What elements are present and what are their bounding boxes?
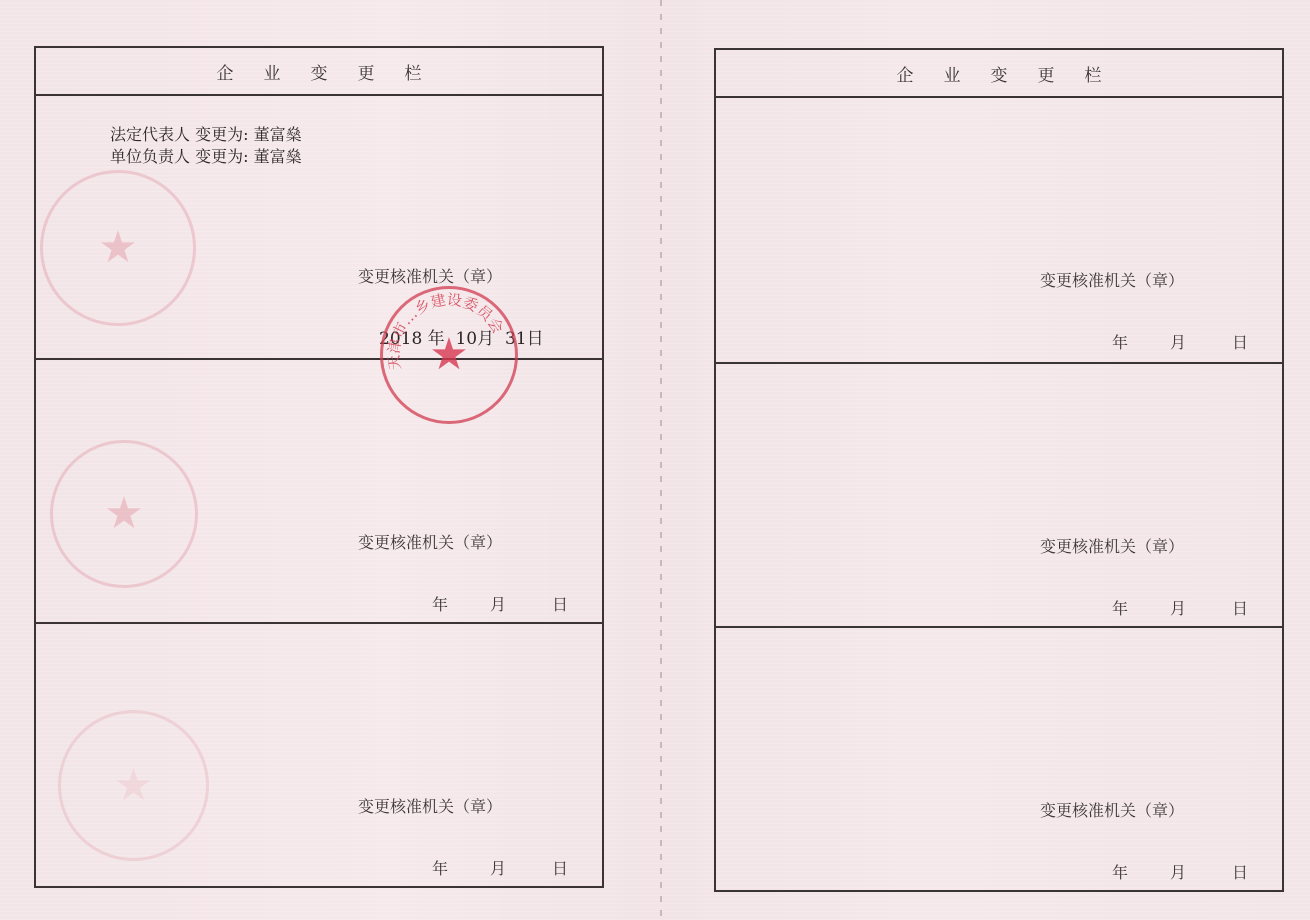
date-month-unit: 月 bbox=[490, 592, 552, 615]
date-year-unit: 年 bbox=[1112, 330, 1170, 353]
approval-date: 年 月 日 bbox=[432, 856, 582, 879]
date-day-unit: 日 bbox=[1232, 860, 1262, 883]
change-entry: 变更核准机关（章） 年 月 日 bbox=[36, 626, 602, 888]
date-month-unit: 月 bbox=[477, 329, 494, 349]
change-value: 董富燊 bbox=[254, 125, 302, 144]
date-year-unit: 年 bbox=[432, 592, 490, 615]
approval-authority-label: 变更核准机关（章） bbox=[1040, 534, 1184, 557]
change-label: 变更为: bbox=[195, 147, 248, 166]
date-day-unit: 日 bbox=[1232, 330, 1262, 353]
date-year-unit: 年 bbox=[432, 856, 490, 879]
approval-date: 年 月 日 bbox=[432, 592, 582, 615]
approval-authority-label: 变更核准机关（章） bbox=[1040, 798, 1184, 821]
date-day: 31 bbox=[505, 329, 527, 349]
change-entry: 变更核准机关（章） 年 月 日 bbox=[36, 362, 602, 624]
approval-date: 年 月 日 bbox=[1112, 860, 1262, 883]
change-entry: 变更核准机关（章） 年 月 日 bbox=[716, 366, 1282, 628]
approval-authority-label: 变更核准机关（章） bbox=[358, 794, 502, 817]
change-label: 变更为: bbox=[195, 125, 248, 144]
approval-date: 2018 年 10月 31日 bbox=[379, 324, 544, 349]
date-month: 10 bbox=[455, 329, 477, 349]
date-day-unit: 日 bbox=[1232, 596, 1262, 619]
left-page-change-table: 企业变更栏 法定代表人 变更为: 董富燊 单位负责人 变更为: 董富燊 变更核准… bbox=[34, 46, 604, 888]
change-details: 法定代表人 变更为: 董富燊 单位负责人 变更为: 董富燊 bbox=[110, 124, 302, 168]
approval-date: 年 月 日 bbox=[1112, 596, 1262, 619]
approval-date: 年 月 日 bbox=[1112, 330, 1262, 353]
change-entry: 法定代表人 变更为: 董富燊 单位负责人 变更为: 董富燊 变更核准机关（章） … bbox=[36, 96, 602, 360]
date-day-unit: 日 bbox=[527, 329, 544, 349]
change-field: 法定代表人 bbox=[110, 125, 190, 144]
date-year-unit: 年 bbox=[1112, 860, 1170, 883]
date-day-unit: 日 bbox=[552, 592, 582, 615]
right-page-change-table: 企业变更栏 变更核准机关（章） 年 月 日 变更核准机关（章） 年 月 日 变更… bbox=[714, 48, 1284, 892]
change-line-legal-rep: 法定代表人 变更为: 董富燊 bbox=[110, 124, 302, 146]
change-entry: 变更核准机关（章） 年 月 日 bbox=[716, 100, 1282, 364]
change-entry: 变更核准机关（章） 年 月 日 bbox=[716, 630, 1282, 892]
approval-authority-label: 变更核准机关（章） bbox=[358, 530, 502, 553]
page-fold-line bbox=[660, 0, 662, 920]
change-line-unit-head: 单位负责人 变更为: 董富燊 bbox=[110, 146, 302, 168]
table-header: 企业变更栏 bbox=[716, 50, 1282, 98]
table-header: 企业变更栏 bbox=[36, 48, 602, 96]
change-value: 董富燊 bbox=[254, 147, 302, 166]
approval-authority-label: 变更核准机关（章） bbox=[358, 264, 502, 287]
date-year-unit: 年 bbox=[1112, 596, 1170, 619]
date-month-unit: 月 bbox=[1170, 860, 1232, 883]
date-month-unit: 月 bbox=[490, 856, 552, 879]
date-year: 2018 bbox=[379, 329, 422, 349]
date-month-unit: 月 bbox=[1170, 596, 1232, 619]
date-month-unit: 月 bbox=[1170, 330, 1232, 353]
date-day-unit: 日 bbox=[552, 856, 582, 879]
date-year-unit: 年 bbox=[428, 329, 445, 349]
approval-authority-label: 变更核准机关（章） bbox=[1040, 268, 1184, 291]
change-field: 单位负责人 bbox=[110, 147, 190, 166]
